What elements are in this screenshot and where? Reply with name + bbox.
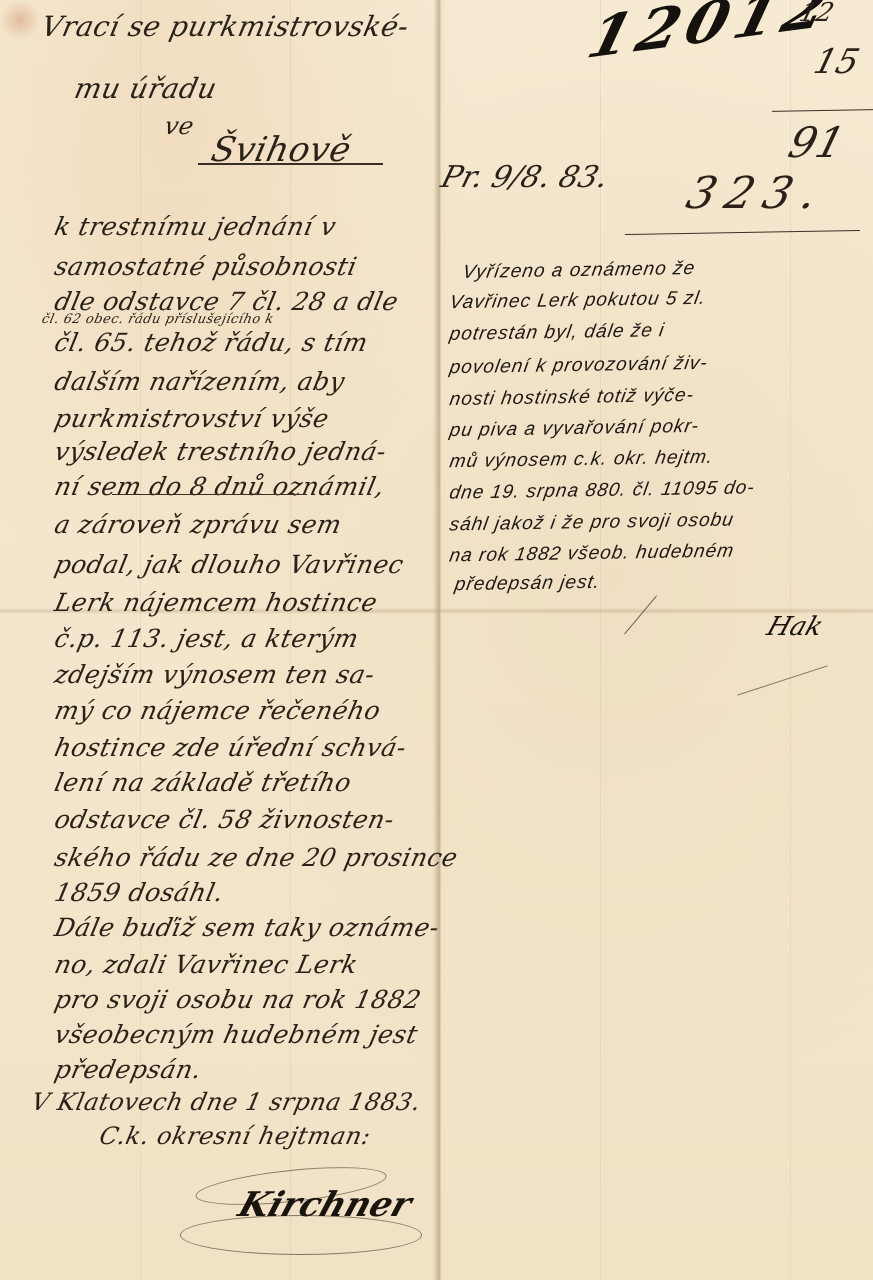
body-line: no, zdali Vavřinec Lerk [52, 950, 361, 979]
initials: Hak [763, 612, 827, 642]
heading-underline [198, 163, 383, 165]
body-line: ní sem do 8 dnů oznámil, [52, 472, 387, 501]
signature: Kirchner [234, 1185, 417, 1225]
body-line: mý co nájemce řečeného [52, 696, 384, 725]
body-line: ského řádu ze dne 20 prosince [52, 843, 461, 872]
fraction-numerator: 12 [796, 0, 837, 28]
reference-number: 91 [783, 118, 850, 167]
body-line: předepsán. [52, 1055, 205, 1084]
initials-flourish [737, 665, 828, 695]
report-line: Vavřinec Lerk pokutou 5 zl. [448, 288, 708, 314]
body-line: purkmistrovství výše [52, 404, 332, 433]
place-date: V Klatovech dne 1 srpna 1883. [29, 1088, 424, 1116]
body-line: č.p. 113. jest, a kterým [52, 624, 362, 653]
file-number: 323. [681, 168, 833, 219]
heading-line-1: Vrací se purkmistrovské- [38, 10, 412, 43]
report-line: nosti hostinské totiž výče- [448, 385, 696, 411]
paper-stain [0, 0, 40, 40]
body-line: hostince zde úřední schvá- [52, 733, 409, 762]
body-insertion: čl. 62 obec. řádu příslušejícího k [40, 312, 275, 327]
body-line: všeobecným hudebném jest [52, 1020, 421, 1049]
issuing-office: C.k. okresní hejtman: [97, 1122, 373, 1150]
report-line: povolení k provozování živ- [448, 353, 709, 379]
document-page: Vrací se purkmistrovské- mu úřadu ve Švi… [0, 0, 873, 1280]
fraction-bar [772, 109, 873, 112]
report-line: pu piva a vyvařování pokr- [448, 416, 701, 442]
report-line: na rok 1882 všeob. hudebném [448, 541, 736, 568]
body-line: a zároveň zprávu sem [52, 510, 345, 539]
received-date: Pr. 9/8. 83. [437, 160, 612, 195]
body-line: k trestnímu jednání v [52, 212, 339, 241]
body-line: lení na základě třetího [52, 768, 354, 797]
report-line: Vyřízeno a oznámeno že [461, 258, 697, 284]
body-line: výsledek trestního jedná- [52, 437, 389, 466]
body-line: čl. 65. tehož řádu, s tím [52, 328, 371, 357]
report-line: potrestán byl, dále že i [448, 320, 666, 346]
body-line: odstavce čl. 58 živnosten- [52, 805, 397, 834]
heading-line-2: mu úřadu [71, 72, 220, 105]
pen-stroke [624, 596, 657, 635]
report-line: předepsán jest. [453, 572, 602, 597]
body-line: zdejším výnosem ten sa- [52, 660, 378, 689]
body-line: 1859 dosáhl. [52, 878, 227, 907]
body-line: samostatné působnosti [52, 252, 360, 281]
phrase-underline [112, 494, 307, 495]
heading-line-3: ve [162, 112, 197, 140]
report-line: dne 19. srpna 880. čl. 11095 do- [448, 477, 757, 504]
body-line: Lerk nájemcem hostince [52, 588, 380, 617]
body-line: Dále buďiž sem taky oznáme- [52, 913, 442, 942]
file-number-underline [625, 230, 860, 235]
body-line: dalším nařízením, aby [52, 367, 348, 396]
body-line: pro svoji osobu na rok 1882 [52, 985, 424, 1014]
report-line: sáhl jakož i že pro svoji osobu [448, 510, 736, 537]
body-line: podal, jak dlouho Vavřinec [52, 550, 407, 579]
report-line: mů výnosem c.k. okr. hejtm. [448, 447, 715, 474]
fraction-denominator: 15 [810, 42, 864, 82]
